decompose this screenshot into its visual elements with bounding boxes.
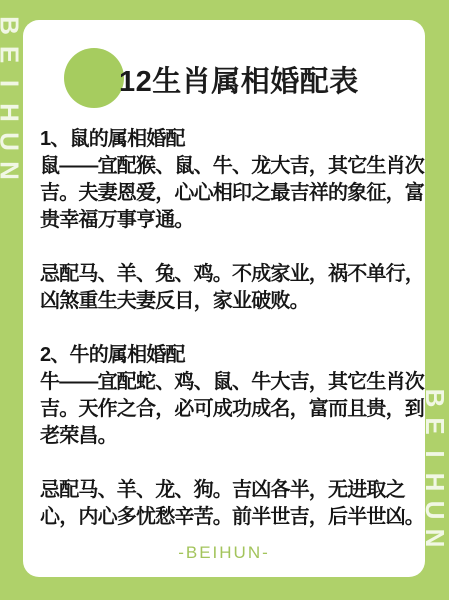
title-accent-circle [64,48,124,108]
section-2-heading: 2、牛的属相婚配 [40,342,430,369]
watermark-letter: I [0,72,24,96]
body-text: 1、鼠的属相婚配 鼠——宜配猴、鼠、牛、龙大吉，其它生肖次 吉。夫妻恩爱，心心相… [40,126,430,531]
watermark-letter: E [0,43,24,67]
footer-brand: -BEIHUN- [23,543,425,563]
watermark-letter: N [0,159,24,183]
watermark-letter: H [0,101,24,125]
section-1-good-match-paragraph: 鼠——宜配猴、鼠、牛、龙大吉，其它生肖次 吉。夫妻恩爱，心心相印之最吉祥的象征，… [40,153,430,234]
section-1-heading: 1、鼠的属相婚配 [40,126,430,153]
section-2-good-match-paragraph: 牛——宜配蛇、鸡、鼠、牛大吉，其它生肖次 吉。天作之合，必可成功成名，富而且贵，… [40,369,430,450]
section-2-bad-match-paragraph: 忌配马、羊、龙、狗。吉凶各半，无进取之 心，内心多忧愁辛苦。前半世吉，后半世凶。 [40,477,430,531]
watermark-letter: U [0,130,24,154]
green-frame: BEIHUN BEIHUN 12生肖属相婚配表 1、鼠的属相婚配 鼠——宜配猴、… [0,0,449,600]
watermark-letter: B [0,14,24,38]
page-title: 12生肖属相婚配表 [119,64,359,100]
watermark-left-vertical: BEIHUN [0,11,21,185]
section-1-bad-match-paragraph: 忌配马、羊、兔、鸡。不成家业，祸不单行， 凶煞重生夫妻反目，家业破败。 [40,261,430,315]
